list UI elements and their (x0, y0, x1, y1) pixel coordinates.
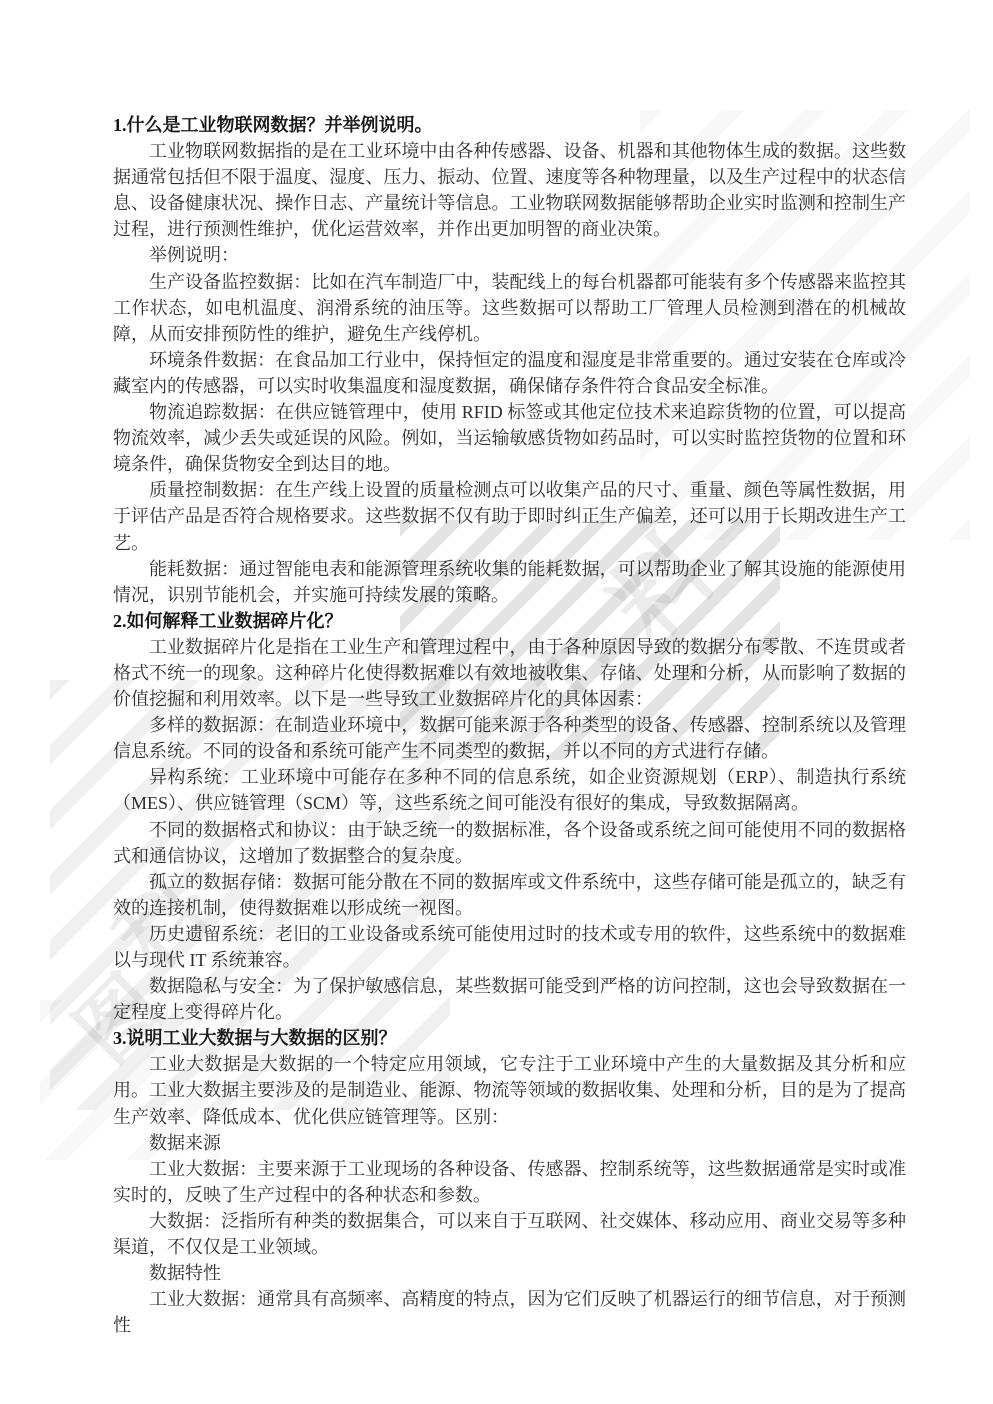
section-2-paragraph: 异构系统：工业环境中可能存在多种不同的信息系统，如企业资源规划（ERP）、制造执… (113, 764, 906, 816)
section-1-example-label: 举例说明： (113, 242, 906, 268)
section-1-paragraph: 质量控制数据：在生产线上设置的质量检测点可以收集产品的尺寸、重量、颜色等属性数据… (113, 477, 906, 555)
section-1-paragraph: 工业物联网数据指的是在工业环境中由各种传感器、设备、机器和其他物体生成的数据。这… (113, 138, 906, 242)
section-3-paragraph: 工业大数据：通常具有高频率、高精度的特点，因为它们反映了机器运行的细节信息，对于… (113, 1286, 906, 1338)
section-1-heading: 1.什么是工业物联网数据？并举例说明。 (113, 112, 906, 138)
section-2-paragraph: 不同的数据格式和协议：由于缺乏统一的数据标准，各个设备或系统之间可能使用不同的数… (113, 817, 906, 869)
section-3-subheading-data-characteristics: 数据特性 (113, 1260, 906, 1286)
section-2-paragraph: 孤立的数据存储：数据可能分散在不同的数据库或文件系统中，这些存储可能是孤立的，缺… (113, 869, 906, 921)
section-3-paragraph: 工业大数据是大数据的一个特定应用领域，它专注于工业环境中产生的大量数据及其分析和… (113, 1051, 906, 1129)
section-1-paragraph: 物流追踪数据：在供应链管理中，使用 RFID 标签或其他定位技术来追踪货物的位置… (113, 399, 906, 477)
section-2-paragraph: 多样的数据源：在制造业环境中，数据可能来源于各种类型的设备、传感器、控制系统以及… (113, 712, 906, 764)
section-3-subheading-data-source: 数据来源 (113, 1130, 906, 1156)
section-2-paragraph: 数据隐私与安全：为了保护敏感信息，某些数据可能受到严格的访问控制，这也会导致数据… (113, 973, 906, 1025)
section-1-paragraph: 能耗数据：通过智能电表和能源管理系统收集的能耗数据，可以帮助企业了解其设施的能源… (113, 556, 906, 608)
section-2-heading: 2.如何解释工业数据碎片化？ (113, 608, 906, 634)
section-3-paragraph: 工业大数据：主要来源于工业现场的各种设备、传感器、控制系统等，这些数据通常是实时… (113, 1156, 906, 1208)
section-3-heading: 3.说明工业大数据与大数据的区别？ (113, 1025, 906, 1051)
section-1-paragraph: 生产设备监控数据：比如在汽车制造厂中，装配线上的每台机器都可能装有多个传感器来监… (113, 269, 906, 347)
section-1-paragraph: 环境条件数据：在食品加工行业中，保持恒定的温度和湿度是非常重要的。通过安装在仓库… (113, 347, 906, 399)
section-2-paragraph: 工业数据碎片化是指在工业生产和管理过程中，由于各种原因导致的数据分布零散、不连贯… (113, 634, 906, 712)
section-2-paragraph: 历史遗留系统：老旧的工业设备或系统可能使用过时的技术或专用的软件，这些系统中的数… (113, 921, 906, 973)
section-3-paragraph: 大数据：泛指所有种类的数据集合，可以来自于互联网、社交媒体、移动应用、商业交易等… (113, 1208, 906, 1260)
document-page: 1.什么是工业物联网数据？并举例说明。 工业物联网数据指的是在工业环境中由各种传… (113, 112, 906, 1338)
